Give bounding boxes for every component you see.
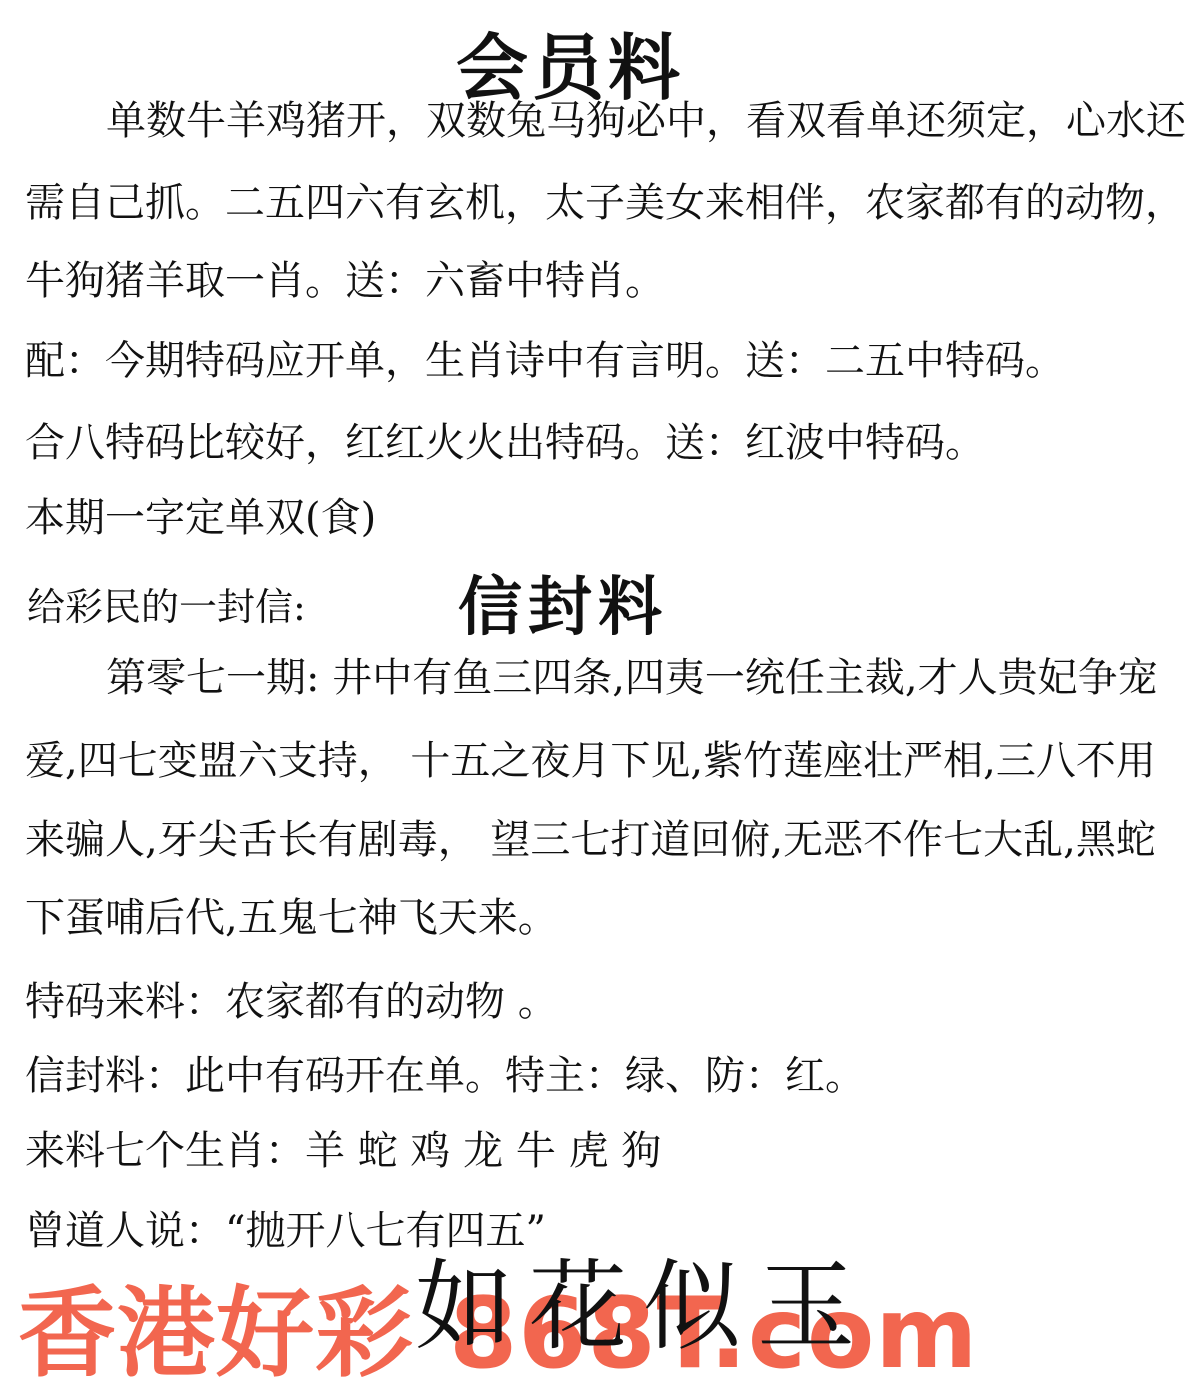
calligraphy-text: 如花似玉 [415, 1258, 871, 1356]
letter-intro-label: 给彩民的一封信: [27, 588, 306, 626]
envelope-line: 来料七个生肖：羊 蛇 鸡 龙 牛 虎 狗 [25, 1131, 661, 1171]
envelope-line: 特码来料：农家都有的动物 。 [25, 982, 558, 1022]
document-page: 会员料 单数牛羊鸡猪开，双数兔马狗必中，看双看单还须定，心水还 需自己抓。二五四… [0, 0, 1199, 1388]
member-line: 合八特码比较好，红红火火出特码。送：红波中特码。 [25, 423, 985, 463]
member-line: 需自己抓。二五四六有玄机，太子美女来相伴，农家都有的动物， [25, 183, 1185, 223]
member-line: 单数牛羊鸡猪开，双数兔马狗必中，看双看单还须定，心水还 [106, 101, 1186, 141]
envelope-line: 来骗人,牙尖舌长有剧毒， 望三七打道回俯,无恶不作七大乱,黑蛇 [25, 820, 1156, 860]
envelope-section-title: 信封料 [458, 556, 668, 648]
envelope-line: 下蛋哺后代,五鬼七神飞天来。 [25, 898, 558, 938]
envelope-line: 第零七一期: 井中有鱼三四条,四夷一统任主裁,才人贵妃争宠 [106, 658, 1158, 698]
member-line: 本期一字定单双(食) [25, 498, 376, 538]
envelope-line: 曾道人说：“抛开八七有四五” [25, 1211, 546, 1251]
member-line: 牛狗猪羊取一肖。送：六畜中特肖。 [25, 261, 665, 301]
member-line: 配：今期特码应开单，生肖诗中有言明。送：二五中特码。 [25, 341, 1065, 381]
envelope-line: 信封料：此中有码开在单。特主：绿、防：红。 [25, 1056, 865, 1096]
envelope-line: 爱,四七变盟六支持， 十五之夜月下见,紫竹莲座壮严相,三八不用 [25, 741, 1156, 781]
